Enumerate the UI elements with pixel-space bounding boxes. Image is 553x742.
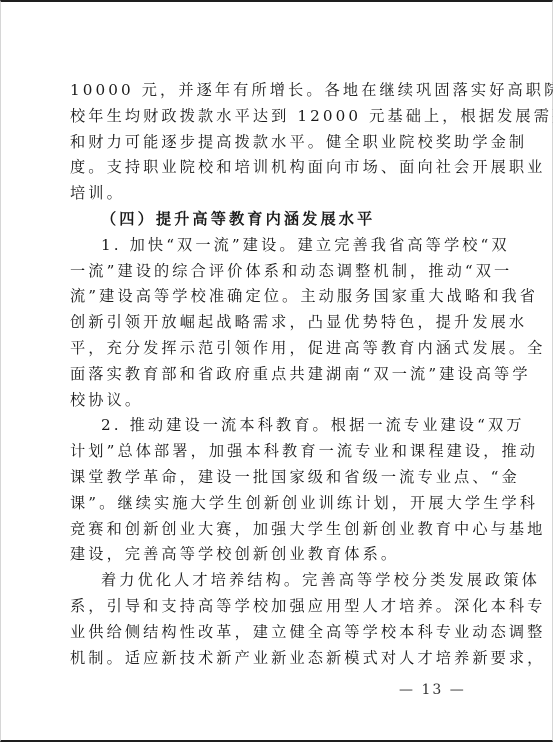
- text-line: 课”。继续实施大学生创新创业训练计划，开展大学生学科: [70, 491, 480, 517]
- text-line: 校协议。: [70, 388, 480, 414]
- page-number: — 13 —: [399, 682, 466, 698]
- text-line: 建设，完善高等学校创新创业教育体系。: [70, 542, 480, 568]
- document-viewer-frame: 10000 元，并逐年有所增长。各地在继续巩固落实好高职院校年生均财政拨款水平达…: [0, 0, 553, 742]
- text-line: 和财力可能逐步提高拨款水平。健全职业院校奖助学金制: [70, 130, 480, 156]
- section-heading: （四）提升高等教育内涵发展水平: [70, 207, 480, 233]
- text-line: 校年生均财政拨款水平达到 12000 元基础上，根据发展需要: [70, 104, 480, 130]
- text-line: 培训。: [70, 181, 480, 207]
- text-line: 系，引导和支持高等学校加强应用型人才培养。深化本科专: [70, 594, 480, 620]
- text-line: 1. 加快“双一流”建设。建立完善我省高等学校“双: [70, 233, 480, 259]
- text-line: 竞赛和创新创业大赛，加强大学生创新创业教育中心与基地: [70, 517, 480, 543]
- text-line: 着力优化人才培养结构。完善高等学校分类发展政策体: [70, 568, 480, 594]
- text-line: 度。支持职业院校和培训机构面向市场、面向社会开展职业: [70, 155, 480, 181]
- text-line: 2. 推动建设一流本科教育。根据一流专业建设“双万: [70, 413, 480, 439]
- text-line: 平，充分发挥示范引领作用，促进高等教育内涵式发展。全: [70, 336, 480, 362]
- text-line: 计划”总体部署，加强本科教育一流专业和课程建设，推动: [70, 439, 480, 465]
- text-line: 流”建设高等学校准确定位。主动服务国家重大战略和我省: [70, 284, 480, 310]
- text-line: 课堂教学革命，建设一批国家级和省级一流专业点、“金: [70, 465, 480, 491]
- text-line: 面落实教育部和省政府重点共建湖南“双一流”建设高等学: [70, 362, 480, 388]
- text-line: 一流”建设的综合评价体系和动态调整机制，推动“双一: [70, 259, 480, 285]
- text-line: 机制。适应新技术新产业新业态新模式对人才培养新要求，: [70, 646, 480, 672]
- text-line: 创新引领开放崛起战略需求，凸显优势特色，提升发展水: [70, 310, 480, 336]
- document-page-body: 10000 元，并逐年有所增长。各地在继续巩固落实好高职院校年生均财政拨款水平达…: [70, 78, 480, 671]
- text-line: 10000 元，并逐年有所增长。各地在继续巩固落实好高职院: [70, 78, 480, 104]
- text-line: 业供给侧结构性改革，建立健全高等学校本科专业动态调整: [70, 620, 480, 646]
